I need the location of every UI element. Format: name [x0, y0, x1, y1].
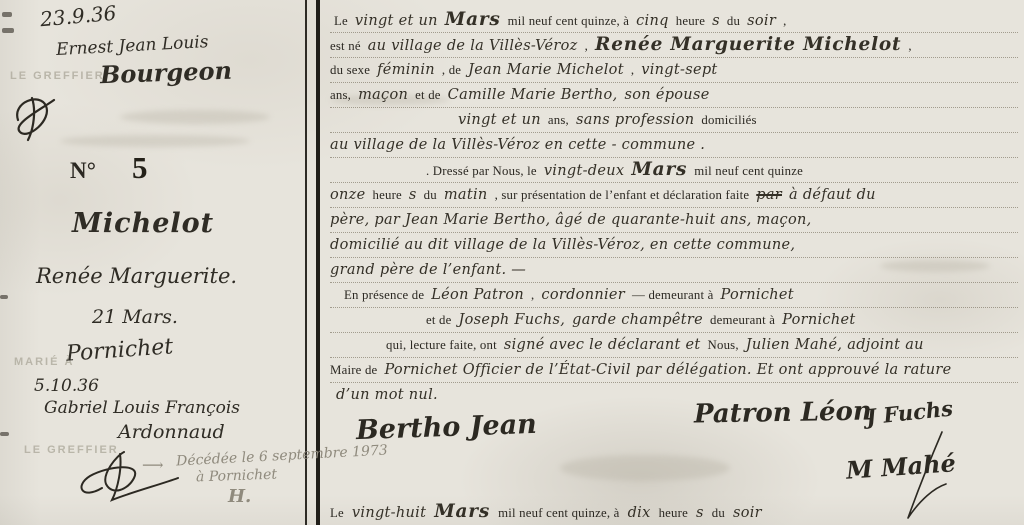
text-segment: ans, — [548, 113, 569, 127]
text-segment: et de — [415, 88, 441, 102]
act-line: au village de la Villès-Véroz en cette -… — [330, 133, 1018, 158]
text-segment: demeurant à — [710, 313, 775, 327]
text-segment: mil neuf cent quinze, à — [508, 14, 630, 28]
margin-note-given-names: Ernest Jean Louis — [56, 32, 209, 60]
paraph-flourish-icon — [72, 448, 182, 506]
ink-bleedthrough — [120, 110, 270, 124]
text-segment: Mars — [434, 501, 490, 522]
signature-patron-leon: Patron Léon — [694, 396, 872, 429]
act-number-label: N° — [70, 158, 96, 184]
act-line: ans,maçonet deCamille Marie Bertho,son é… — [330, 83, 1018, 108]
margin-marriage-place: Pornichet — [65, 334, 174, 366]
text-segment: vingt et un — [458, 112, 541, 128]
act-line: père, par Jean Marie Bertho, âgé de quar… — [330, 208, 1018, 233]
margin-act-surname: Michelot — [72, 208, 214, 239]
ink-bleedthrough — [60, 135, 250, 147]
text-segment: féminin — [377, 62, 435, 78]
text-segment: et de — [426, 313, 452, 327]
margin-marriage-date: 5.10.36 — [34, 376, 99, 396]
text-segment: Pornichet — [721, 287, 794, 303]
text-segment: , — [585, 39, 588, 53]
text-segment: Léon Patron — [431, 287, 524, 303]
signature-bertho-jean: Bertho Jean — [356, 409, 538, 446]
death-note-arrow-icon: ⟶ — [142, 456, 164, 474]
text-segment: mil neuf cent quinze, à — [498, 506, 620, 520]
next-act-first-line: Levingt-huitMarsmil neuf cent quinze, àd… — [330, 501, 1018, 522]
act-line: domicilié au dit village de la Villès-Vé… — [330, 233, 1018, 258]
act-line: grand père de l’enfant. — — [330, 258, 1018, 283]
paraph-flourish-icon — [10, 90, 80, 145]
text-segment: s — [712, 13, 720, 29]
text-segment: Nous, — [708, 338, 739, 352]
text-segment: En présence de — [344, 288, 424, 302]
text-segment: Pornichet — [782, 312, 855, 328]
binding-mark — [2, 12, 12, 17]
text-segment: Pornichet Officier de l’État-Civil par d… — [384, 362, 951, 378]
text-segment: d’un mot nul. — [336, 387, 438, 403]
text-segment: est né — [330, 39, 361, 53]
text-segment: cordonnier — [541, 287, 625, 303]
text-segment: domiciliés — [701, 113, 756, 127]
text-segment: s — [409, 187, 417, 203]
text-segment: garde champêtre — [572, 312, 703, 328]
text-segment: s — [696, 505, 704, 521]
text-segment: Maire de — [330, 363, 377, 377]
act-line: onzeheuresdumatin, sur présentation de l… — [330, 183, 1018, 208]
text-segment: Le — [330, 506, 344, 520]
text-segment: , — [531, 288, 534, 302]
text-segment: . Dressé par Nous, le — [426, 164, 537, 178]
act-line: du sexeféminin, deJean Marie Michelot,vi… — [330, 58, 1018, 83]
text-segment: à défaut du — [789, 187, 876, 203]
text-segment: au village de la Villès-Véroz — [368, 38, 578, 54]
text-segment: mil neuf cent quinze — [694, 164, 803, 178]
text-segment: par — [756, 187, 782, 203]
text-segment: vingt-huit — [352, 505, 426, 521]
text-segment: Joseph Fuchs, — [459, 312, 566, 328]
text-segment: domicilié au dit village de la Villès-Vé… — [330, 237, 795, 253]
act-line: . Dressé par Nous, levingt-deuxMarsmil n… — [330, 158, 1018, 183]
text-segment: Renée Marguerite Michelot — [595, 34, 901, 55]
text-segment: signé avec le déclarant et — [504, 337, 701, 353]
text-segment: du — [424, 188, 437, 202]
text-segment: Julien Mahé, adjoint au — [746, 337, 924, 353]
text-segment: maçon — [358, 87, 408, 103]
text-segment: sans profession — [576, 112, 694, 128]
text-segment: , de — [442, 63, 461, 77]
binding-mark — [2, 28, 14, 33]
act-number: 5 — [132, 150, 148, 186]
text-segment: soir — [733, 505, 762, 521]
text-segment: Jean Marie Michelot — [468, 62, 624, 78]
binding-mark — [0, 295, 8, 299]
text-segment: Le — [334, 14, 348, 28]
margin-act-date: 21 Mars. — [92, 306, 178, 328]
text-segment: dix — [628, 505, 651, 521]
text-segment: , — [908, 39, 911, 53]
margin-spouse-surname: Ardonnaud — [118, 421, 225, 443]
margin-note-surname: Bourgeon — [100, 56, 233, 90]
text-segment: au village de la Villès-Véroz en cette -… — [330, 137, 705, 153]
act-line: Maire dePornichet Officier de l’État-Civ… — [330, 358, 1018, 383]
text-segment: heure — [373, 188, 402, 202]
text-segment: père, par Jean Marie Bertho, âgé de quar… — [330, 212, 812, 228]
text-segment: heure — [676, 14, 705, 28]
text-segment: du — [727, 14, 740, 28]
text-segment: Mars — [445, 9, 501, 30]
margin-spouse-given-names: Gabriel Louis François — [44, 398, 240, 418]
text-segment: , — [631, 63, 634, 77]
act-line: Levingt et unMarsmil neuf cent quinze, à… — [330, 8, 1018, 33]
text-segment: du sexe — [330, 63, 370, 77]
margin-marriage-publication-date: 23.9.36 — [39, 1, 117, 32]
text-segment: son épouse — [625, 87, 710, 103]
text-segment: du — [712, 506, 725, 520]
binding-mark — [0, 432, 9, 436]
text-segment: heure — [659, 506, 688, 520]
death-note-line2: à Pornichet — [196, 467, 278, 486]
marriage-stamp: MARIÉ À — [14, 356, 74, 368]
text-segment: Camille Marie Bertho, — [448, 87, 618, 103]
text-segment: vingt-deux — [544, 163, 625, 179]
act-lines: Levingt et unMarsmil neuf cent quinze, à… — [330, 8, 1018, 407]
text-segment: , — [783, 14, 786, 28]
margin-act-given-names: Renée Marguerite. — [36, 264, 237, 288]
text-segment: cinq — [636, 13, 669, 29]
act-line: qui, lecture faite, ontsigné avec le déc… — [330, 333, 1018, 358]
text-segment: , sur présentation de l’enfant et déclar… — [495, 188, 750, 202]
act-line: En présence deLéon Patron,cordonnier— de… — [330, 283, 1018, 308]
text-segment: soir — [747, 13, 776, 29]
act-line: et deJoseph Fuchs,garde champêtredemeura… — [330, 308, 1018, 333]
act-line: est néau village de la Villès-Véroz,René… — [330, 33, 1018, 58]
text-segment: ans, — [330, 88, 351, 102]
text-segment: onze — [330, 187, 366, 203]
text-segment: grand père de l’enfant. — — [330, 262, 526, 278]
text-segment: matin — [444, 187, 488, 203]
death-note-initial: H. — [228, 486, 251, 507]
text-segment: qui, lecture faite, ont — [386, 338, 497, 352]
text-segment: vingt et un — [355, 13, 438, 29]
ink-bleedthrough — [560, 455, 730, 481]
act-line: vingt et unans,sans professiondomiciliés — [330, 108, 1018, 133]
text-segment: Mars — [631, 159, 687, 180]
greffier-stamp: LE GREFFIER — [10, 70, 105, 82]
text-segment: vingt-sept — [641, 62, 717, 78]
death-note-line1: Décédée le 6 septembre 1973 — [176, 442, 388, 469]
text-segment: — demeurant à — [632, 288, 713, 302]
